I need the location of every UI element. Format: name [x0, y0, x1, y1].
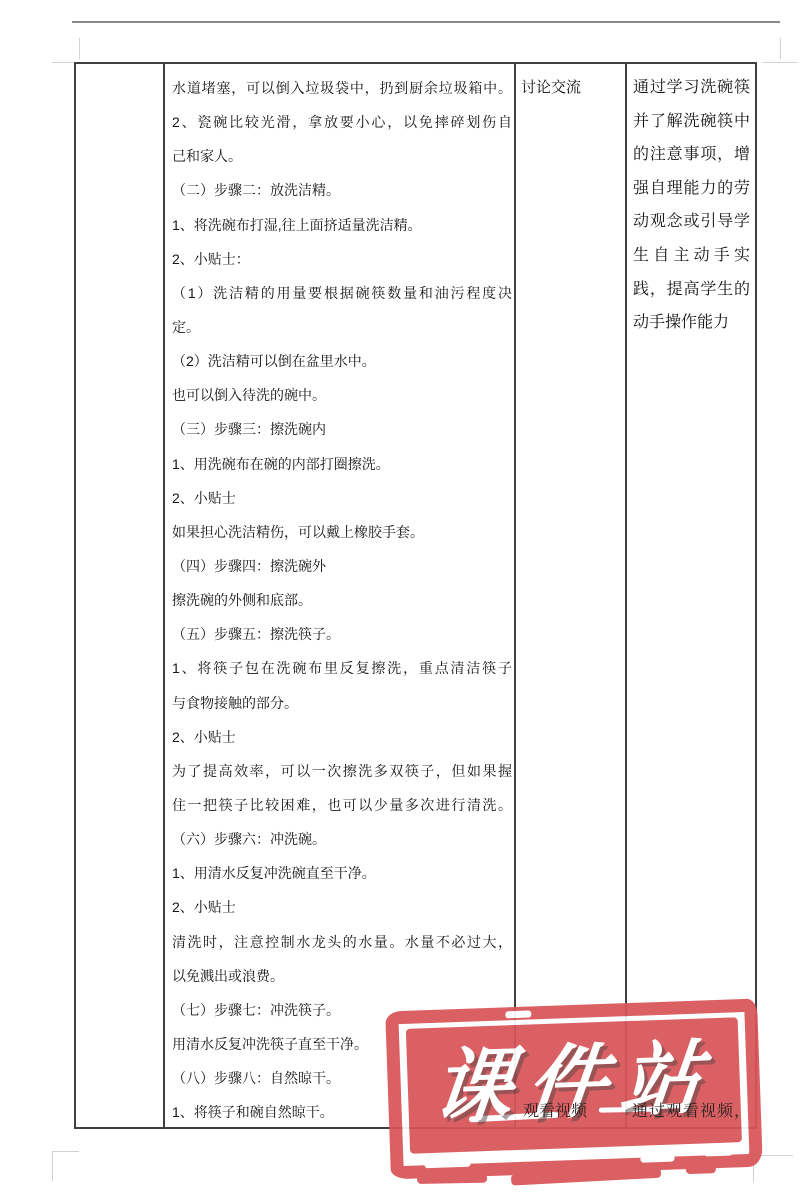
text-line: （四）步骤四：擦洗碗外	[172, 549, 512, 583]
text-line: 践，提高学生的	[633, 273, 750, 307]
text-line: 以免溅出或浪费。	[172, 959, 512, 993]
stamp-ink-chunk	[417, 1174, 487, 1184]
text-line: 己和家人。	[172, 139, 512, 173]
text-line: （三）步骤三：擦洗碗内	[172, 412, 512, 446]
text-line: 也可以倒入待洗的碗中。	[172, 378, 512, 412]
text-line: （二）步骤二：放洗洁精。	[172, 173, 512, 207]
text-line: （1）洗洁精的用量要根据碗筷数量和油污程度决	[172, 276, 512, 310]
text-line: 1、用清水反复冲洗碗直至干净。	[172, 856, 512, 890]
stamp-distress-mark	[704, 1149, 732, 1157]
text-line: 2、瓷碗比较光滑，拿放要小心，以免摔碎划伤自	[172, 105, 512, 139]
margin-mark-top-left-horizontal	[52, 62, 73, 63]
text-line: （六）步骤六：冲洗碗。	[172, 822, 512, 856]
column-divider-1	[163, 64, 165, 1127]
text-line: 定。	[172, 310, 512, 344]
text-line: 1、将筷子包在洗碗布里反复擦洗，重点清洁筷子	[172, 651, 512, 685]
activity-bottom-text: 观看视频	[523, 1102, 587, 1122]
text-line: 2、小贴士	[172, 890, 512, 924]
text-line: 如果担心洗洁精伤，可以戴上橡胶手套。	[172, 515, 512, 549]
activity-top-label: 讨论交流	[521, 79, 581, 96]
text-line: （2）洗洁精可以倒在盆里水中。	[172, 344, 512, 378]
text-line: 强自理能力的劳	[633, 172, 750, 206]
margin-mark-top-right-horizontal	[762, 62, 798, 63]
stamp-distress-mark	[505, 1010, 531, 1018]
text-line: 2、小贴士	[172, 481, 512, 515]
margin-mark-top-left-vertical	[79, 38, 80, 59]
margin-mark-top-right-vertical	[780, 38, 781, 59]
stamp-ink-chunk	[686, 1164, 716, 1174]
text-line: 通过学习洗碗筷	[633, 71, 750, 105]
column-divider-3	[625, 64, 627, 1127]
stamp-distress-mark	[640, 1154, 674, 1163]
text-line: 动手操作能力	[633, 306, 750, 340]
table-cell-intent: 通过学习洗碗筷并了解洗碗筷中的注意事项，增强自理能力的劳动观念或引导学生自主动手…	[633, 71, 750, 340]
lesson-plan-table: 水道堵塞，可以倒入垃圾袋中，扔到厨余垃圾箱中。2、瓷碗比较光滑，拿放要小心，以免…	[74, 62, 757, 1129]
kejianzhan-watermark-stamp: 课件站	[385, 999, 763, 1180]
text-line: 动观念或引导学	[633, 205, 750, 239]
stamp-distress-mark	[424, 1159, 470, 1169]
text-line: 1、用洗碗布在碗的内部打圈擦洗。	[172, 447, 512, 481]
text-line: 为了提高效率，可以一次擦洗多双筷子，但如果握	[172, 754, 512, 788]
text-line: 生自主动手实	[633, 239, 750, 273]
text-line: 的注意事项，增	[633, 138, 750, 172]
text-line: （五）步骤五：擦洗筷子。	[172, 617, 512, 651]
margin-mark-bottom-left-vertical	[52, 1151, 53, 1181]
document-page: 水道堵塞，可以倒入垃圾袋中，扔到厨余垃圾箱中。2、瓷碗比较光滑，拿放要小心，以免…	[0, 0, 800, 1200]
text-line: 2、小贴士	[172, 720, 512, 754]
text-line: 住一把筷子比较困难，也可以少量多次进行清洗。	[172, 788, 512, 822]
intent-bottom-text: 通过观看视频，	[632, 1102, 751, 1122]
text-line: 并了解洗碗筷中	[633, 105, 750, 139]
text-line: 清洗时，注意控制水龙头的水量。水量不必过大，	[172, 925, 512, 959]
page-break-line	[72, 21, 780, 23]
column-divider-2	[514, 64, 516, 1127]
text-line: 1、将洗碗布打湿,往上面挤适量洗洁精。	[172, 208, 512, 242]
text-line: 擦洗碗的外侧和底部。	[172, 583, 512, 617]
table-cell-steps-text: 水道堵塞，可以倒入垃圾袋中，扔到厨余垃圾箱中。2、瓷碗比较光滑，拿放要小心，以免…	[172, 71, 512, 1129]
text-line: 2、小贴士：	[172, 242, 512, 276]
table-cell-activity: 讨论交流	[521, 71, 619, 105]
text-line: 与食物接触的部分。	[172, 686, 512, 720]
text-line: 水道堵塞，可以倒入垃圾袋中，扔到厨余垃圾箱中。	[172, 71, 512, 105]
margin-mark-bottom-left-horizontal	[52, 1151, 79, 1152]
